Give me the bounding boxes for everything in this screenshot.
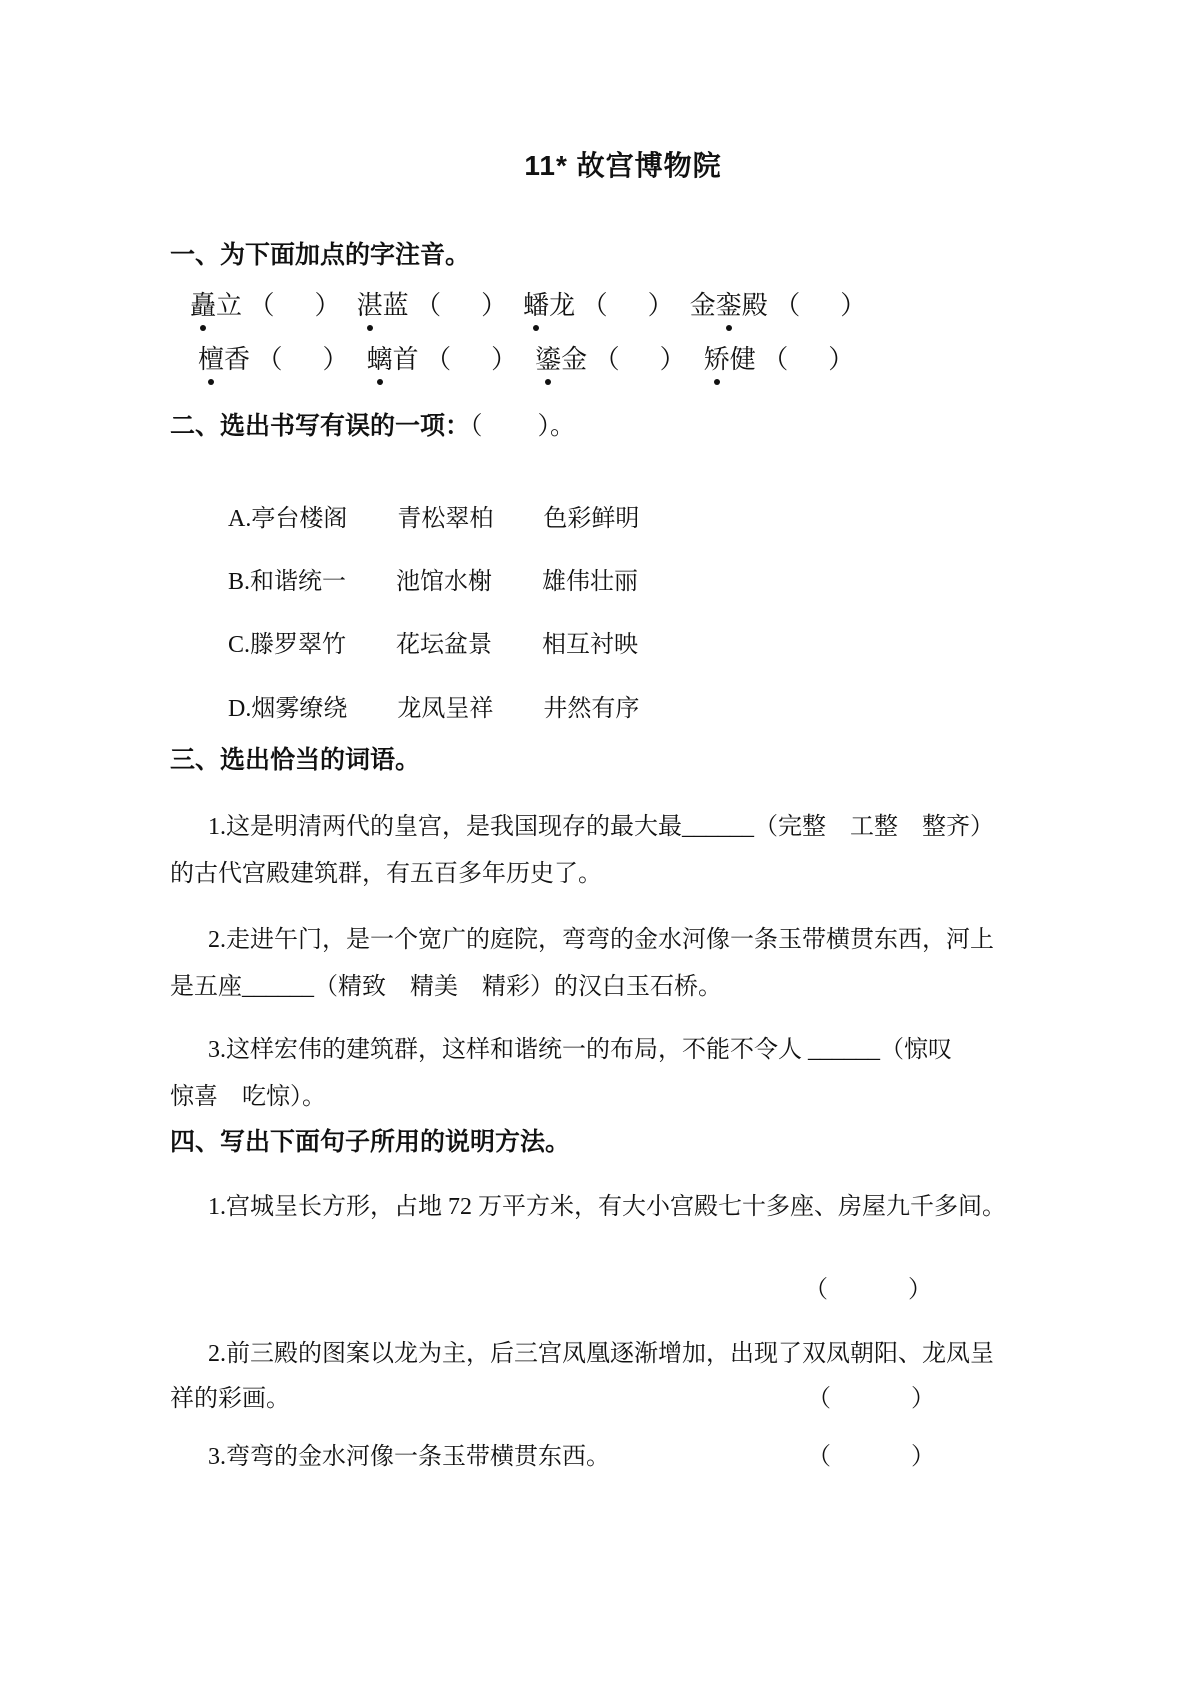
- option-row-a: A.亭台楼阁 青松翠柏 色彩鲜明: [228, 504, 1020, 534]
- pinyin-word: 金銮殿 （）: [690, 290, 867, 322]
- pinyin-word: 矗立 （）: [190, 290, 341, 322]
- dotted-character: 鎏: [535, 344, 561, 376]
- blank-space: [283, 367, 323, 368]
- answer-parens: （）: [594, 345, 686, 374]
- answer-parens: （）: [804, 1275, 932, 1305]
- method-item-3: 3.弯弯的金水河像一条玉带横贯东西。 （）: [208, 1442, 1020, 1472]
- option-label: D.: [228, 696, 251, 722]
- word-characters: 矫健: [704, 345, 756, 374]
- method-item-1-answer: （）: [170, 1275, 932, 1305]
- dotted-character: 蟠: [523, 290, 549, 322]
- open-paren: （: [470, 413, 483, 440]
- answer-parens: （）: [257, 345, 349, 374]
- blank-space: [620, 367, 660, 368]
- option-phrase: 烟雾缭绕: [251, 696, 347, 722]
- method-item-2-text: 2.前三殿的图案以龙为主，后三宫凤凰逐渐增加，出现了双凤朝阳、龙凤呈: [208, 1339, 1020, 1369]
- heading-answer-parens: （）: [470, 413, 550, 440]
- fill-blank-item-1: 1.这是明清两代的皇宫，是我国现存的最大最______（完整 工整 整齐） 的古…: [170, 812, 1020, 889]
- option-phrase: 和谐统一: [250, 569, 346, 595]
- pinyin-word: 檀香 （）: [198, 344, 349, 376]
- close-paren: ）: [491, 345, 517, 374]
- answer-parens: （）: [249, 291, 341, 320]
- blank-space: [483, 433, 538, 434]
- open-paren: （: [582, 291, 608, 320]
- pinyin-word: 矫健 （）: [704, 344, 855, 376]
- text-line: 3.这样宏伟的建筑群，这样和谐统一的布局，不能不令人 ______（惊叹: [208, 1035, 1020, 1065]
- close-paren: ）: [908, 1277, 932, 1303]
- option-phrase: 青松翠柏: [397, 504, 493, 534]
- option-phrase: 相互衬映: [542, 630, 638, 660]
- option-phrase: 亭台楼阁: [251, 506, 347, 532]
- section2-heading: 二、选出书写有误的一项：（）。: [170, 411, 1020, 442]
- option-row-b: B.和谐统一 池馆水榭 雄伟壮丽: [228, 567, 1020, 597]
- blank-space: [451, 367, 491, 368]
- word-characters: 檀香: [198, 345, 250, 374]
- answer-parens: （）: [762, 345, 854, 374]
- blank-space: [828, 1296, 908, 1297]
- pinyin-row-1: 矗立 （） 湛蓝 （） 蟠龙 （） 金銮殿 （）: [190, 290, 1020, 336]
- option-cell: A.亭台楼阁: [228, 504, 347, 534]
- pinyin-word: 螭首 （）: [367, 344, 518, 376]
- text-line: 的古代宫殿建筑群，有五百多年历史了。: [170, 859, 1020, 889]
- section4-heading: 四、写出下面句子所用的说明方法。: [170, 1127, 1020, 1157]
- option-phrase: 滕罗翠竹: [250, 632, 346, 658]
- answer-parens: （）: [415, 291, 507, 320]
- method-item-2-continuation: 祥的彩画。 （）: [170, 1384, 1020, 1414]
- section3-heading: 三、选出恰当的词语。: [170, 745, 1020, 775]
- open-paren: （: [425, 345, 451, 374]
- dotted-character: 檀: [198, 344, 224, 376]
- text-line: 祥的彩画。: [170, 1384, 290, 1414]
- option-row-d: D.烟雾缭绕 龙凤呈祥 井然有序: [228, 694, 1020, 724]
- section1-heading: 一、为下面加点的字注音。: [170, 240, 1020, 270]
- option-phrase: 池馆水榭: [396, 567, 492, 597]
- dotted-character: 湛: [357, 290, 383, 322]
- text-line: 2.走进午门，是一个宽广的庭院，弯弯的金水河像一条玉带横贯东西，河上: [208, 925, 1020, 955]
- text-line: 是五座______（精致 精美 精彩）的汉白玉石桥。: [170, 972, 1020, 1002]
- blank-space: [831, 1405, 911, 1406]
- open-paren: （: [774, 291, 800, 320]
- option-cell: B.和谐统一: [228, 567, 346, 597]
- fill-blank-item-2: 2.走进午门，是一个宽广的庭院，弯弯的金水河像一条玉带横贯东西，河上 是五座__…: [170, 925, 1020, 1002]
- close-paren: ）: [840, 291, 866, 320]
- section2-heading-text: 二、选出书写有误的一项：: [170, 412, 470, 440]
- fill-blank-item-3: 3.这样宏伟的建筑群，这样和谐统一的布局，不能不令人 ______（惊叹 惊喜 …: [170, 1035, 1020, 1112]
- word-characters: 湛蓝: [357, 291, 409, 320]
- close-paren: ）: [911, 1444, 935, 1470]
- close-paren: ）: [648, 291, 674, 320]
- pinyin-word: 湛蓝 （）: [357, 290, 508, 322]
- word-characters: 蟠龙: [523, 291, 575, 320]
- answer-parens: （）: [807, 1384, 935, 1414]
- blank-space: [831, 1463, 911, 1464]
- text-line: 惊喜 吃惊）。: [170, 1082, 1020, 1112]
- close-paren: ）: [481, 291, 507, 320]
- option-cell: D.烟雾缭绕: [228, 694, 347, 724]
- text-line: 1.这是明清两代的皇宫，是我国现存的最大最______（完整 工整 整齐）: [208, 812, 1020, 842]
- open-paren: （: [804, 1277, 828, 1303]
- answer-parens: （）: [807, 1442, 935, 1472]
- blank-space: [608, 313, 648, 314]
- close-paren: ）: [911, 1386, 935, 1412]
- option-phrase: 花坛盆景: [396, 630, 492, 660]
- blank-space: [441, 313, 481, 314]
- pinyin-word: 蟠龙 （）: [523, 290, 674, 322]
- close-paren: ）: [828, 345, 854, 374]
- close-paren: ）: [315, 291, 341, 320]
- open-paren: （: [415, 291, 441, 320]
- answer-parens: （）: [425, 345, 517, 374]
- close-paren: ）: [323, 345, 349, 374]
- option-row-c: C.滕罗翠竹 花坛盆景 相互衬映: [228, 630, 1020, 660]
- answer-parens: （）: [774, 291, 866, 320]
- option-phrase: 色彩鲜明: [543, 504, 639, 534]
- blank-space: [788, 367, 828, 368]
- open-paren: （: [807, 1444, 831, 1470]
- text-line: 3.弯弯的金水河像一条玉带横贯东西。: [208, 1442, 610, 1472]
- answer-parens: （）: [582, 291, 674, 320]
- blank-space: [275, 313, 315, 314]
- worksheet-page: 11* 故宫博物院 一、为下面加点的字注音。 矗立 （） 湛蓝 （） 蟠龙 （）…: [0, 0, 1191, 1684]
- option-phrase: 龙凤呈祥: [397, 694, 493, 724]
- close-paren: ）: [660, 345, 686, 374]
- pinyin-row-2: 檀香 （） 螭首 （） 鎏金 （） 矫健 （）: [198, 344, 1020, 390]
- option-cell: C.滕罗翠竹: [228, 630, 346, 660]
- option-label: A.: [228, 506, 251, 532]
- option-phrase: 雄伟壮丽: [542, 567, 638, 597]
- method-item-1-text: 1.宫城呈长方形，占地 72 万平方米，有大小宫殿七十多座、房屋九千多间。: [208, 1192, 1020, 1222]
- dotted-character: 矫: [704, 344, 730, 376]
- dotted-character: 螭: [367, 344, 393, 376]
- open-paren: （: [249, 291, 275, 320]
- close-paren: ）: [538, 413, 551, 440]
- word-characters: 矗立: [190, 291, 242, 320]
- pinyin-word: 鎏金 （）: [535, 344, 686, 376]
- page-title: 11* 故宫博物院: [226, 150, 1020, 182]
- dotted-character: 矗: [190, 290, 216, 322]
- blank-space: [800, 313, 840, 314]
- open-paren: （: [257, 345, 283, 374]
- heading-period: 。: [550, 413, 575, 440]
- open-paren: （: [807, 1386, 831, 1412]
- open-paren: （: [594, 345, 620, 374]
- dotted-character: 銮: [716, 290, 742, 322]
- option-label: C.: [228, 632, 250, 658]
- open-paren: （: [762, 345, 788, 374]
- word-characters: 螭首: [367, 345, 419, 374]
- option-phrase: 井然有序: [543, 694, 639, 724]
- word-characters: 金銮殿: [690, 291, 768, 320]
- word-characters: 鎏金: [535, 345, 587, 374]
- option-label: B.: [228, 569, 250, 595]
